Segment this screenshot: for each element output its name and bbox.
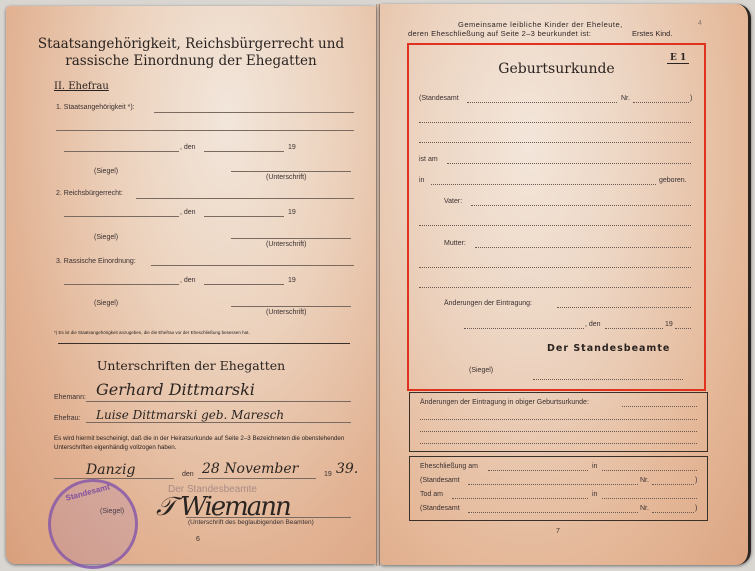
- nr-label: Nr.: [640, 477, 649, 484]
- item-2-date-field[interactable]: [204, 216, 284, 217]
- marriage-death-box: Eheschließung am in (Standesamt Nr. ) To…: [409, 456, 708, 521]
- place-field[interactable]: [464, 328, 584, 329]
- nr-label: Nr.: [621, 95, 630, 102]
- item-3-place-field[interactable]: [64, 284, 179, 285]
- year-field[interactable]: [675, 328, 691, 329]
- death-label: Tod am: [420, 491, 443, 498]
- right-page: Gemeinsame leibliche Kinder der Eheleute…: [380, 4, 751, 565]
- marriage-date-field[interactable]: [488, 470, 588, 471]
- wife-label: Ehefrau:: [54, 415, 80, 422]
- header-child: Erstes Kind.: [632, 29, 672, 38]
- paren: ): [695, 505, 697, 512]
- den-label: , den: [180, 277, 196, 284]
- wife-line: [86, 422, 351, 423]
- standesamt-label: (Standesamt: [420, 477, 460, 484]
- vater-label: Vater:: [444, 198, 462, 205]
- changes-field-2[interactable]: [420, 419, 697, 420]
- item-3-label: 3. Rassische Einordnung:: [56, 258, 136, 265]
- vater-field[interactable]: [471, 205, 691, 206]
- footnote: *) Es ist die Staatsangehörigkeit anzuge…: [54, 330, 250, 335]
- item-2-signature-field[interactable]: [231, 238, 351, 239]
- standesbeamte-label: Der Standesbeamte: [547, 343, 670, 354]
- seal-label: (Siegel): [94, 300, 118, 307]
- item-1-date-field[interactable]: [204, 151, 284, 152]
- marriage-place-field[interactable]: [602, 470, 697, 471]
- mutter-field-2[interactable]: [419, 267, 691, 268]
- den-label: , den: [180, 209, 196, 216]
- death-nr-field[interactable]: [652, 512, 694, 513]
- death-place-field[interactable]: [602, 498, 697, 499]
- item-3-field[interactable]: [151, 265, 354, 266]
- page-number: 7: [556, 528, 560, 535]
- nr-field[interactable]: [633, 102, 689, 103]
- in-label: in: [592, 463, 597, 470]
- mutter-field[interactable]: [475, 247, 691, 248]
- standesamt-field[interactable]: [467, 102, 617, 103]
- signature-label: (Unterschrift): [266, 309, 306, 316]
- husband-signature[interactable]: Gerhard Dittmarski: [96, 380, 255, 399]
- mutter-field-3[interactable]: [419, 287, 691, 288]
- item-1-label: 1. Staatsangehörigkeit *):: [56, 104, 135, 111]
- name-field-1[interactable]: [419, 122, 691, 123]
- vater-field-2[interactable]: [419, 225, 691, 226]
- year-handwritten[interactable]: 39.: [336, 461, 358, 477]
- item-2-place-field[interactable]: [64, 216, 179, 217]
- item-1-place-field[interactable]: [64, 151, 179, 152]
- date-field[interactable]: [605, 328, 663, 329]
- standesamt-label: (Standesamt: [420, 505, 460, 512]
- section-heading: II. Ehefrau: [54, 81, 109, 92]
- seal-label: (Siegel): [469, 367, 493, 374]
- page-title-line2: rassische Einordnung der Ehegatten: [6, 53, 376, 70]
- place-handwritten[interactable]: Danzig: [86, 462, 135, 478]
- standesamt-label: (Standesamt: [419, 95, 459, 102]
- place-line: [54, 478, 174, 479]
- in-label: in: [419, 177, 424, 184]
- paren: ): [695, 477, 697, 484]
- item-3-signature-field[interactable]: [231, 306, 351, 307]
- certificate-title: Geburtsurkunde: [409, 61, 704, 77]
- death-standesamt-field[interactable]: [468, 512, 638, 513]
- mutter-label: Mutter:: [444, 240, 466, 247]
- den-label: , den: [585, 321, 601, 328]
- in-label: in: [592, 491, 597, 498]
- stamp-text: Standesamt: [65, 482, 111, 502]
- changes-box: Änderungen der Eintragung in obiger Gebu…: [409, 392, 708, 452]
- death-date-field[interactable]: [452, 498, 588, 499]
- nr-label: Nr.: [640, 505, 649, 512]
- birth-date-field[interactable]: [447, 163, 691, 164]
- official-seal-stamp: Standesamt: [48, 479, 138, 569]
- husband-line: [86, 401, 351, 402]
- item-2-field[interactable]: [136, 198, 354, 199]
- husband-label: Ehemann:: [54, 394, 86, 401]
- year-label: 19: [288, 144, 296, 151]
- year-label: 19: [665, 321, 673, 328]
- page-title-line1: Staatsangehörigkeit, Reichsbürgerrecht u…: [6, 36, 376, 53]
- official-signature-field[interactable]: [533, 379, 683, 380]
- year-prefix: 19: [324, 471, 332, 478]
- header-line2: deren Eheschließung auf Seite 2–3 beurku…: [408, 29, 591, 38]
- item-3-date-field[interactable]: [204, 284, 284, 285]
- birth-certificate-box: E 1 Geburtsurkunde (Standesamt Nr. ) ist…: [407, 43, 706, 391]
- seal-label: (Siegel): [94, 234, 118, 241]
- year-label: 19: [288, 209, 296, 216]
- item-1-signature-field[interactable]: [231, 171, 351, 172]
- date-handwritten[interactable]: 28 November: [202, 461, 298, 477]
- aenderungen-label: Änderungen der Eintragung:: [444, 300, 532, 307]
- page-corner-number: 4: [698, 20, 702, 27]
- page-number: 6: [196, 536, 200, 543]
- certification-text: Es wird hiermit bescheinigt, daß die in …: [54, 434, 354, 452]
- divider-rule: [58, 343, 350, 344]
- changes-field-3[interactable]: [420, 431, 697, 432]
- birth-place-field[interactable]: [431, 184, 656, 185]
- signature-label: (Unterschrift): [266, 174, 306, 181]
- year-label: 19: [288, 277, 296, 284]
- den-label: , den: [180, 144, 196, 151]
- item-1-field[interactable]: [154, 112, 354, 113]
- header-line1: Gemeinsame leibliche Kinder der Eheleute…: [458, 20, 623, 29]
- marriage-standesamt-field[interactable]: [468, 484, 638, 485]
- official-signature-label: (Unterschrift des beglaubigenden Beamten…: [188, 519, 314, 526]
- marriage-label: Eheschließung am: [420, 463, 478, 470]
- changes-box-label: Änderungen der Eintragung in obiger Gebu…: [420, 399, 589, 406]
- aenderungen-field[interactable]: [557, 307, 691, 308]
- wife-signature[interactable]: Luise Dittmarski geb. Maresch: [96, 408, 284, 422]
- signature-label: (Unterschrift): [266, 241, 306, 248]
- official-signature-line: [186, 517, 351, 518]
- paren: ): [690, 95, 692, 102]
- left-page: Staatsangehörigkeit, Reichsbürgerrecht u…: [6, 6, 376, 564]
- item-2-label: 2. Reichsbürgerrecht:: [56, 190, 123, 197]
- marriage-nr-field[interactable]: [652, 484, 694, 485]
- changes-field-1[interactable]: [622, 406, 697, 407]
- changes-field-4[interactable]: [420, 443, 697, 444]
- den-label: den: [182, 471, 194, 478]
- date-line: [198, 478, 316, 479]
- item-1-field-2[interactable]: [56, 130, 354, 131]
- name-field-2[interactable]: [419, 142, 691, 143]
- ist-am-label: ist am: [419, 156, 438, 163]
- seal-label: (Siegel): [94, 168, 118, 175]
- signatures-heading: Unterschriften der Ehegatten: [6, 358, 376, 373]
- geboren-label: geboren.: [659, 177, 687, 184]
